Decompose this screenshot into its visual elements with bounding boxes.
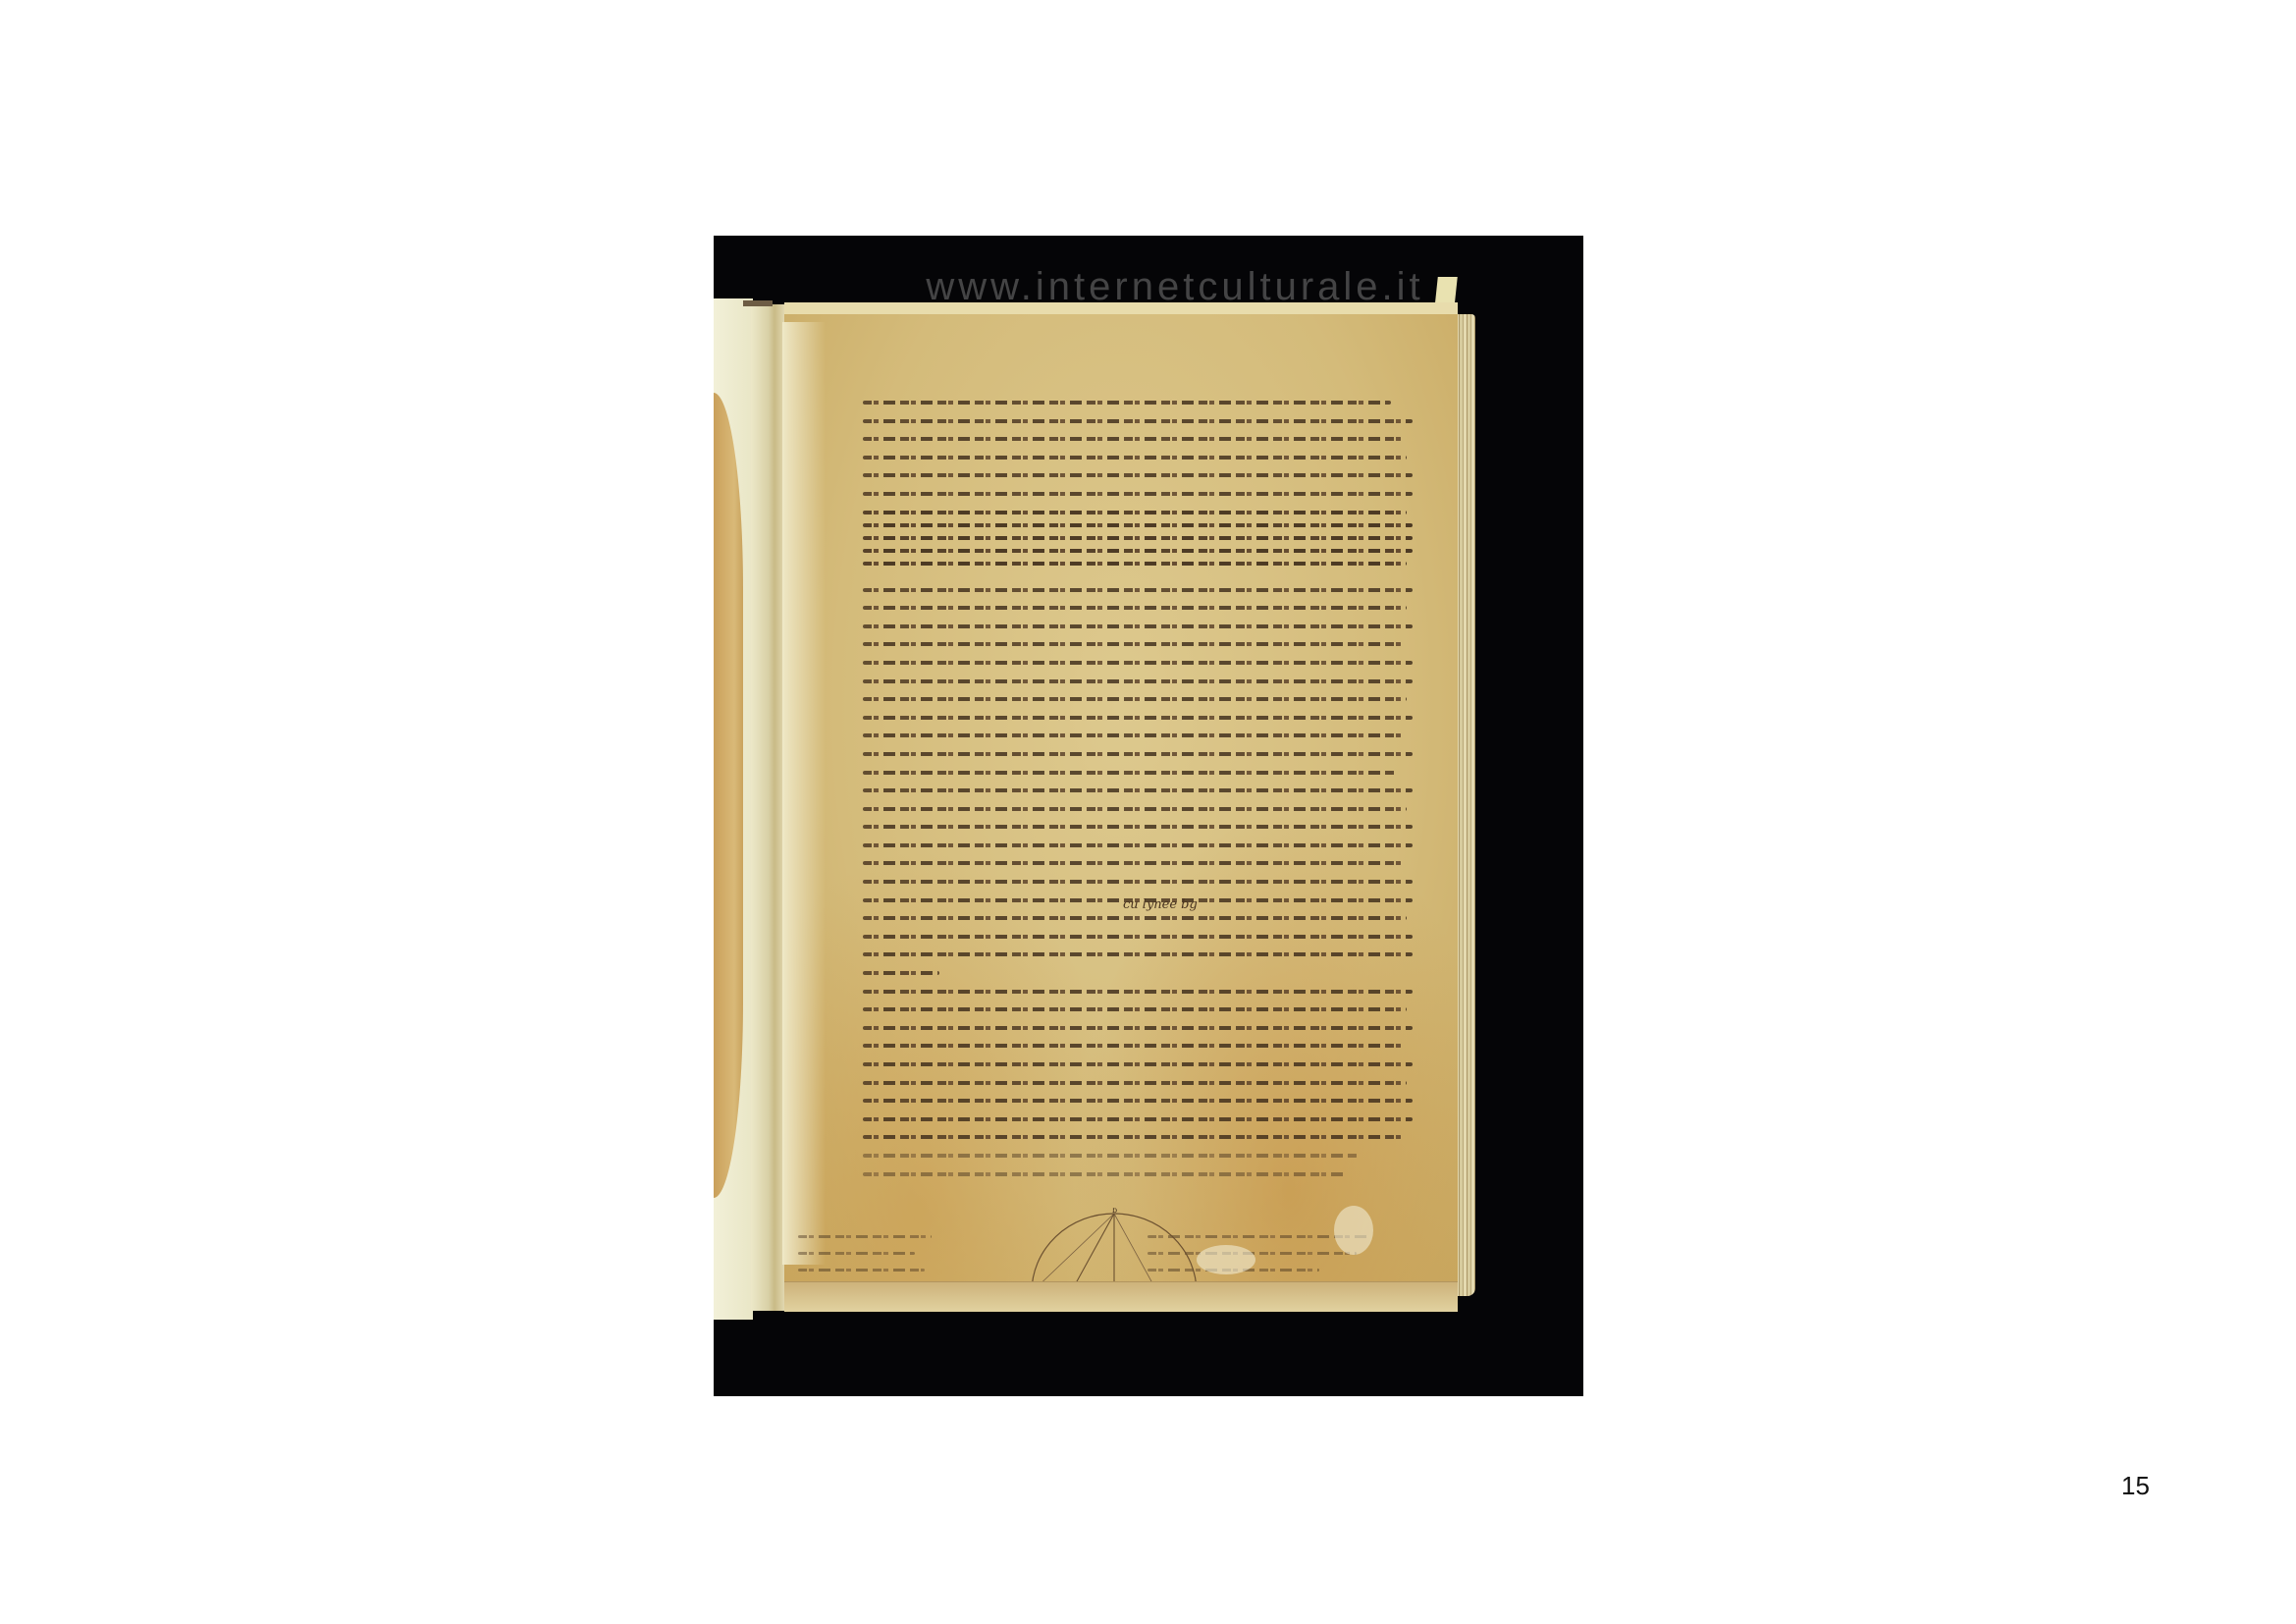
interlinear-annotation: cu lynee bg xyxy=(1123,897,1198,912)
watermark: www.internetculturale.it xyxy=(861,265,1489,309)
manuscript-photo: www.internetculturale.it xyxy=(714,236,1583,1396)
manuscript-page: cu lynee bg b a d e c xyxy=(784,302,1458,1312)
previous-page-sliver xyxy=(714,393,743,1198)
page-number: 15 xyxy=(2121,1471,2150,1501)
svg-text:b: b xyxy=(1112,1208,1117,1215)
binding-thread xyxy=(743,300,773,306)
handwritten-text-block xyxy=(863,401,1413,1190)
